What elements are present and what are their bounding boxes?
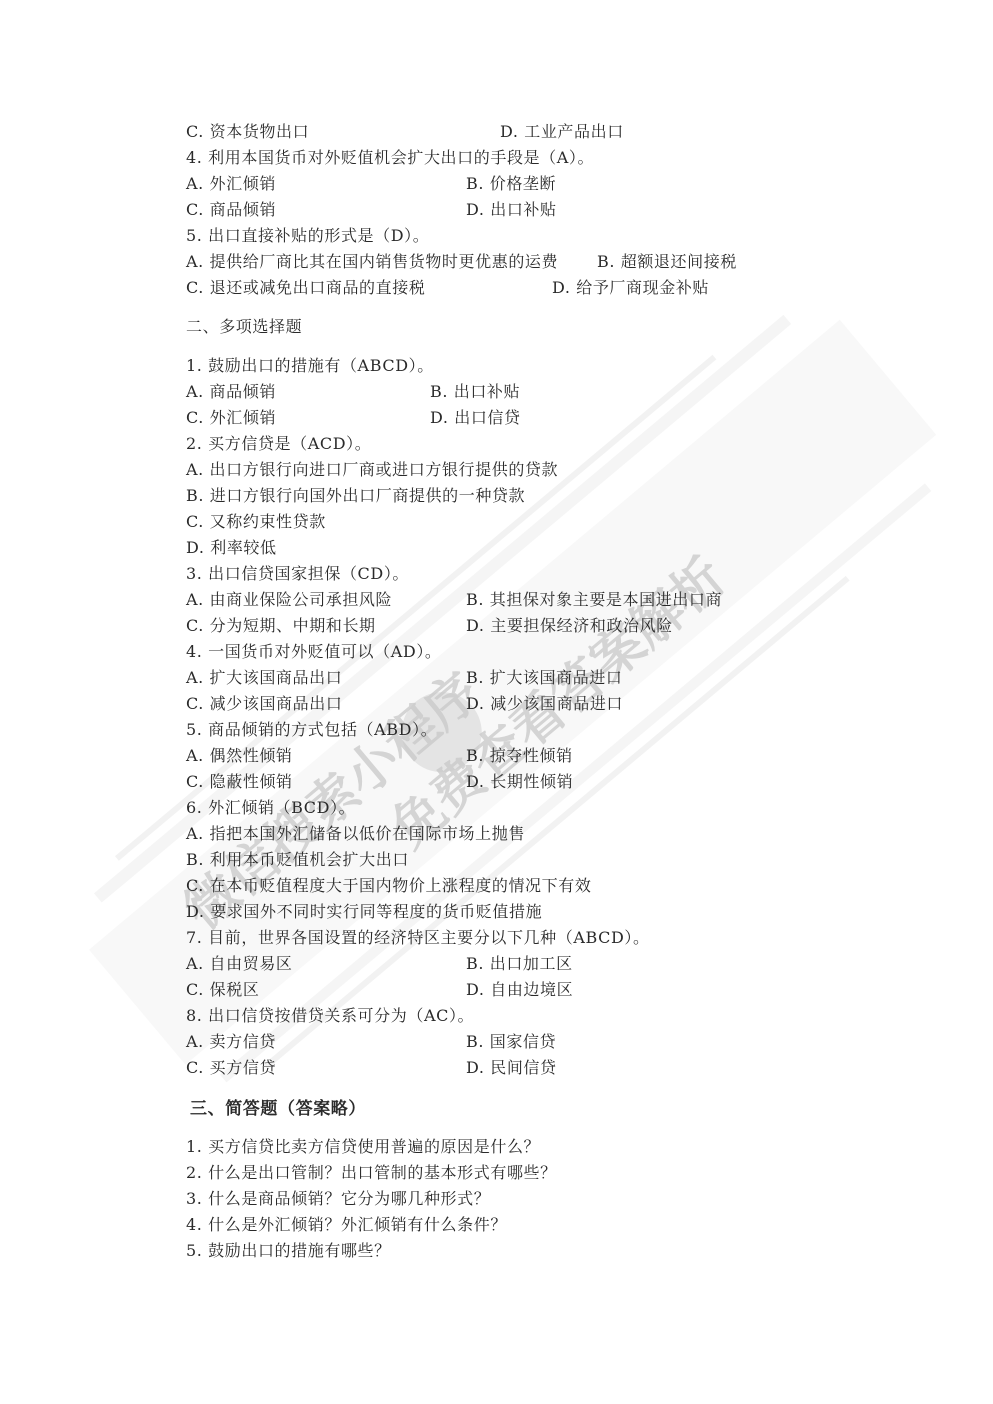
q3-option-c: C. 资本货物出口	[186, 122, 309, 142]
mq1-option-b: B. 出口补贴	[430, 382, 520, 402]
mq7-option-a: A. 自由贸易区	[186, 954, 293, 974]
section-heading-multi-choice: 二、多项选择题	[186, 317, 302, 337]
mq8-option-b: B. 国家信贷	[466, 1032, 556, 1052]
mq6-stem: 6. 外汇倾销（BCD）。	[186, 798, 355, 818]
mq5-option-d: D. 长期性倾销	[466, 772, 573, 792]
mq6-option-b: B. 利用本币贬值机会扩大出口	[186, 850, 409, 870]
mq6-option-c: C. 在本币贬值程度大于国内物价上涨程度的情况下有效	[186, 876, 591, 896]
section-heading-short-answer: 三、简答题（答案略）	[190, 1099, 366, 1119]
mq2-option-a: A. 出口方银行向进口厂商或进口方银行提供的贷款	[186, 460, 558, 480]
q4-option-c: C. 商品倾销	[186, 200, 276, 220]
sq2: 2. 什么是出口管制？出口管制的基本形式有哪些？	[186, 1163, 557, 1183]
mq3-stem: 3. 出口信贷国家担保（CD）。	[186, 564, 409, 584]
mq7-option-c: C. 保税区	[186, 980, 259, 1000]
mq5-stem: 5. 商品倾销的方式包括（ABD）。	[186, 720, 437, 740]
q5-stem: 5. 出口直接补贴的形式是（D）。	[186, 226, 429, 246]
mq1-option-c: C. 外汇倾销	[186, 408, 276, 428]
sq3: 3. 什么是商品倾销？它分为哪几种形式？	[186, 1189, 490, 1209]
mq7-option-b: B. 出口加工区	[466, 954, 573, 974]
q4-stem: 4. 利用本国货币对外贬值机会扩大出口的手段是（A）。	[186, 148, 594, 168]
q5-option-a: A. 提供给厂商比其在国内销售货物时更优惠的运费	[186, 252, 558, 272]
mq4-stem: 4. 一国货币对外贬值可以（AD）。	[186, 642, 442, 662]
mq8-option-c: C. 买方信贷	[186, 1058, 276, 1078]
mq8-option-a: A. 卖方信贷	[186, 1032, 276, 1052]
q3-option-d: D. 工业产品出口	[500, 122, 624, 142]
mq8-option-d: D. 民间信贷	[466, 1058, 557, 1078]
mq4-option-b: B. 扩大该国商品进口	[466, 668, 623, 688]
q4-option-d: D. 出口补贴	[466, 200, 557, 220]
sq5: 5. 鼓励出口的措施有哪些？	[186, 1241, 391, 1261]
q5-option-c: C. 退还或减免出口商品的直接税	[186, 278, 425, 298]
mq4-option-c: C. 减少该国商品出口	[186, 694, 342, 714]
q4-option-a: A. 外汇倾销	[186, 174, 276, 194]
mq1-option-d: D. 出口信贷	[430, 408, 521, 428]
mq2-option-d: D. 利率较低	[186, 538, 277, 558]
mq5-option-a: A. 偶然性倾销	[186, 746, 293, 766]
q5-option-b: B. 超额退还间接税	[597, 252, 737, 272]
mq4-option-d: D. 减少该国商品进口	[466, 694, 623, 714]
mq3-option-d: D. 主要担保经济和政治风险	[466, 616, 673, 636]
sq4: 4. 什么是外汇倾销？外汇倾销有什么条件？	[186, 1215, 507, 1235]
sq1: 1. 买方信贷比卖方信贷使用普遍的原因是什么？	[186, 1137, 540, 1157]
mq6-option-d: D. 要求国外不同时实行同等程度的货币贬值措施	[186, 902, 542, 922]
mq3-option-c: C. 分为短期、中期和长期	[186, 616, 376, 636]
mq5-option-b: B. 掠夺性倾销	[466, 746, 573, 766]
mq1-stem: 1. 鼓励出口的措施有（ABCD）。	[186, 356, 434, 376]
q4-option-b: B. 价格垄断	[466, 174, 556, 194]
mq2-option-c: C. 又称约束性贷款	[186, 512, 326, 532]
mq1-option-a: A. 商品倾销	[186, 382, 276, 402]
mq3-option-a: A. 由商业保险公司承担风险	[186, 590, 392, 610]
mq4-option-a: A. 扩大该国商品出口	[186, 668, 342, 688]
mq3-option-b: B. 其担保对象主要是本国进出口商	[466, 590, 722, 610]
mq7-option-d: D. 自由边境区	[466, 980, 573, 1000]
mq8-stem: 8. 出口信贷按借贷关系可分为（AC）。	[186, 1006, 474, 1026]
mq6-option-a: A. 指把本国外汇储备以低价在国际市场上抛售	[186, 824, 525, 844]
mq7-stem: 7. 目前，世界各国设置的经济特区主要分以下几种（ABCD）。	[186, 928, 650, 948]
document-page: 微信搜索小程序 免费查看答案解析 C. 资本货物出口 D. 工业产品出口 4. …	[0, 0, 993, 1404]
q5-option-d: D. 给予厂商现金补贴	[552, 278, 709, 298]
mq2-option-b: B. 进口方银行向国外出口厂商提供的一种贷款	[186, 486, 525, 506]
mq5-option-c: C. 隐蔽性倾销	[186, 772, 293, 792]
mq2-stem: 2. 买方信贷是（ACD）。	[186, 434, 371, 454]
